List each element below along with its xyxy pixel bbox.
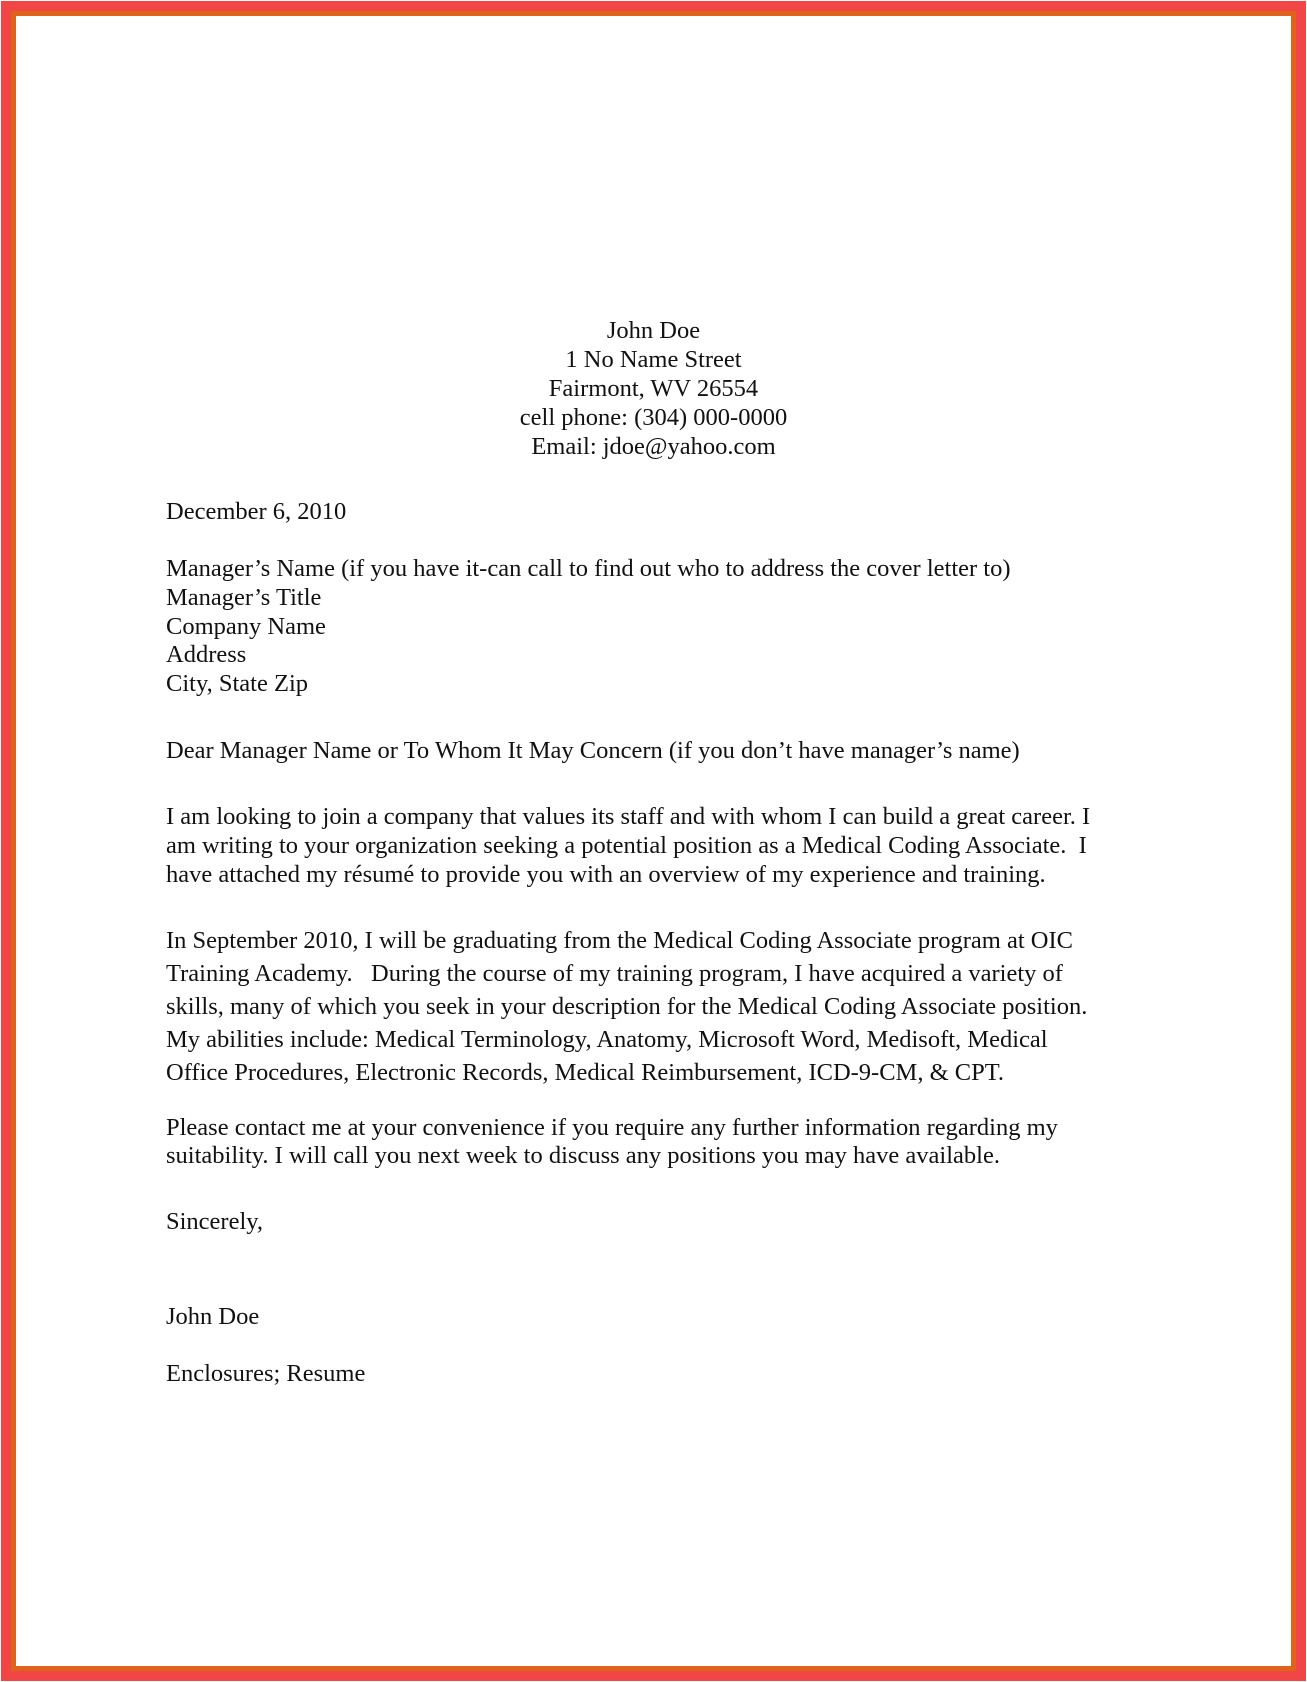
cover-letter-document: John Doe 1 No Name Street Fairmont, WV 2… xyxy=(0,0,1307,1682)
paragraph-line: skills, many of which you seek in your d… xyxy=(166,995,1087,1020)
sender-name: John Doe xyxy=(0,319,1307,344)
paragraph-line: I am looking to join a company that valu… xyxy=(166,805,1090,830)
salutation: Dear Manager Name or To Whom It May Conc… xyxy=(166,739,1020,764)
paragraph-line: am writing to your organization seeking … xyxy=(166,834,1087,859)
recipient-line: Company Name xyxy=(166,615,326,640)
paragraph-line: have attached my résumé to provide you w… xyxy=(166,863,1046,888)
paragraph-line: Please contact me at your convenience if… xyxy=(166,1116,1058,1141)
recipient-line: City, State Zip xyxy=(166,672,308,697)
signature-name: John Doe xyxy=(166,1305,259,1330)
paragraph-line: In September 2010, I will be graduating … xyxy=(166,929,1073,954)
letter-date: December 6, 2010 xyxy=(166,500,346,525)
paragraph-line: Training Academy. During the course of m… xyxy=(166,962,1063,987)
recipient-line: Manager’s Title xyxy=(166,586,321,611)
sender-city-state-zip: Fairmont, WV 26554 xyxy=(0,377,1307,402)
recipient-line: Address xyxy=(166,643,246,668)
recipient-line: Manager’s Name (if you have it-can call … xyxy=(166,557,1011,582)
paragraph-line: suitability. I will call you next week t… xyxy=(166,1144,1000,1169)
paragraph-line: My abilities include: Medical Terminolog… xyxy=(166,1028,1048,1053)
paragraph-line: Office Procedures, Electronic Records, M… xyxy=(166,1061,1004,1086)
sender-phone: cell phone: (304) 000-0000 xyxy=(0,406,1307,431)
closing: Sincerely, xyxy=(166,1210,263,1235)
enclosures: Enclosures; Resume xyxy=(166,1362,365,1387)
sender-email: Email: jdoe@yahoo.com xyxy=(0,435,1307,460)
sender-street: 1 No Name Street xyxy=(0,348,1307,373)
